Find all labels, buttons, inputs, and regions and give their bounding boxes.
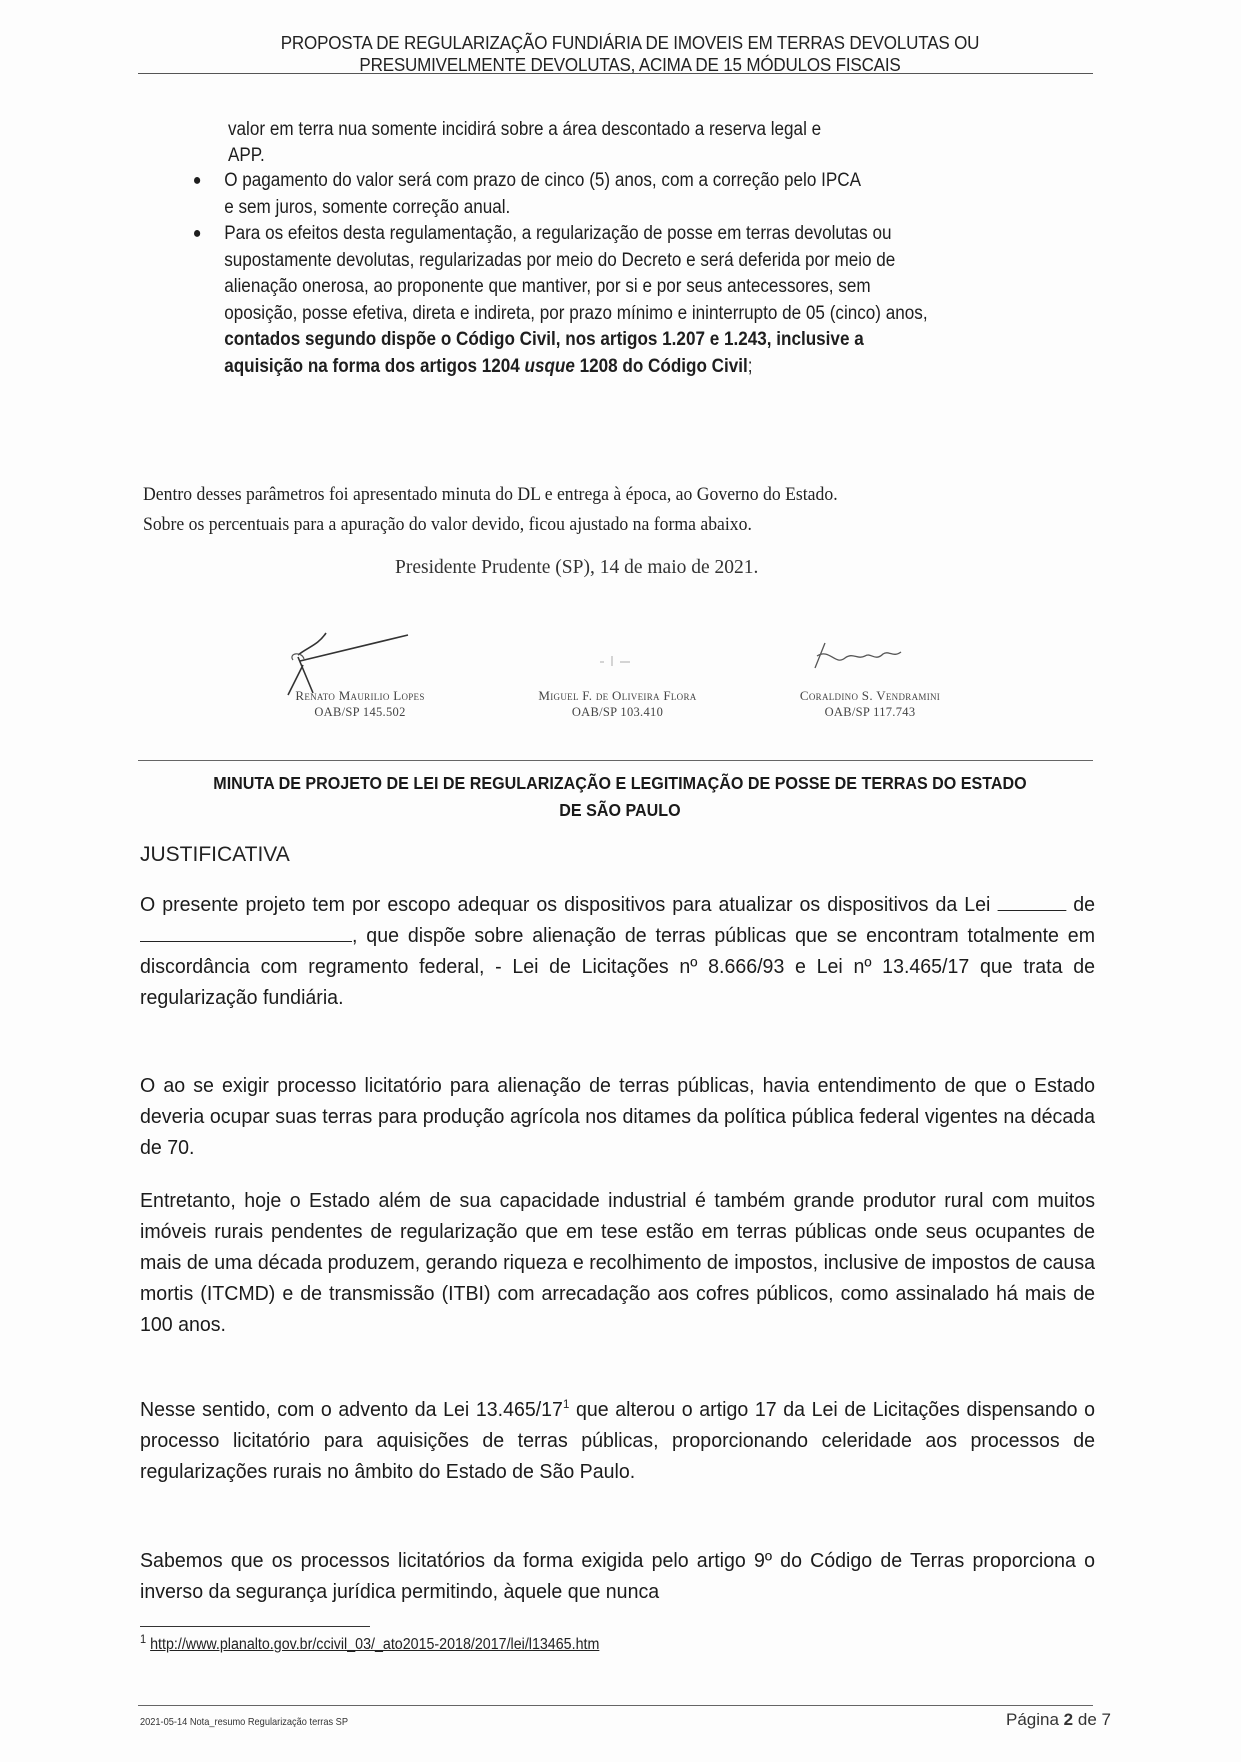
minuta-title: MINUTA DE PROJETO DE LEI DE REGULARIZAÇÃ… [178,770,1061,824]
summary-paragraph: Dentro desses parâmetros foi apresentado… [143,480,1036,540]
paragraph-3: Entretanto, hoje o Estado além de sua ca… [140,1185,1095,1340]
footnote-link[interactable]: http://www.planalto.gov.br/ccivil_03/_at… [150,1636,599,1653]
header-line-1: PROPOSTA DE REGULARIZAÇÃO FUNDIÁRIA DE I… [234,32,1025,54]
signature-2-scribble [590,650,650,670]
continued-line-2: APP. [228,143,1020,169]
signatory: Miguel F. de Oliveira Flora OAB/SP 103.4… [505,687,730,721]
signatory-oab: OAB/SP 103.410 [505,704,730,721]
justificativa-heading: JUSTIFICATIVA [140,843,290,867]
paragraph-2: O ao se exigir processo licitatório para… [140,1070,1095,1163]
bullet-end-punct: ; [748,356,753,377]
paragraph-5: Sabemos que os processos licitatórios da… [140,1545,1095,1607]
minuta-title-line-1: MINUTA DE PROJETO DE LEI DE REGULARIZAÇÃ… [178,770,1061,797]
header-divider [138,73,1093,74]
minuta-title-line-2: DE SÃO PAULO [178,797,1061,824]
signatory-name: Miguel F. de Oliveira Flora [505,687,730,704]
paragraph-1: O presente projeto tem por escopo adequa… [140,889,1095,1013]
footnote-divider [140,1626,370,1627]
summary-line-2: Sobre os percentuais para a apuração do … [143,510,1036,540]
bullet-item: ● O pagamento do valor será com prazo de… [190,168,872,221]
signatory-name: Coraldino S. Vendramini [755,687,985,704]
law-number-blank [997,892,1066,911]
signatory: Coraldino S. Vendramini OAB/SP 117.743 [755,687,985,721]
paragraph-4: Nesse sentido, com o advento da Lei 13.4… [140,1394,1095,1487]
summary-line-1: Dentro desses parâmetros foi apresentado… [143,480,1036,510]
section-divider [138,760,1093,761]
signature-3-scribble [805,638,925,678]
current-page: 2 [1064,1710,1073,1729]
total-pages: 7 [1102,1710,1111,1729]
page-number: Página 2 de 7 [1006,1710,1111,1730]
page-header: PROPOSTA DE REGULARIZAÇÃO FUNDIÁRIA DE I… [234,32,1025,76]
bullet-list: ● O pagamento do valor será com prazo de… [190,168,1000,380]
of-label: de [1078,1710,1097,1729]
continued-line-1: valor em terra nua somente incidirá sobr… [228,117,1020,143]
document-page: PROPOSTA DE REGULARIZAÇÃO FUNDIÁRIA DE I… [0,0,1241,1762]
bullet-icon: ● [193,168,202,195]
signatory-oab: OAB/SP 145.502 [265,704,455,721]
place-date: Presidente Prudente (SP), 14 de maio de … [395,557,758,579]
bullet-text: O pagamento do valor será com prazo de c… [224,170,860,218]
footnote-marker: 1 [140,1632,146,1646]
p1-text-a: O presente projeto tem por escopo adequa… [140,893,997,916]
bullet-text: Para os efeitos desta regulamentação, a … [224,223,927,324]
p4-text-a: Nesse sentido, com o advento da Lei 13.4… [140,1398,563,1421]
continued-bullet-text: valor em terra nua somente incidirá sobr… [228,117,1020,169]
footnote: 1 http://www.planalto.gov.br/ccivil_03/_… [140,1636,599,1654]
law-date-blank [140,923,352,942]
footer-filename: 2021-05-14 Nota_resumo Regularização ter… [140,1716,348,1728]
bullet-bold-text-end: 1208 do Código Civil [575,356,748,377]
signatory-oab: OAB/SP 117.743 [755,704,985,721]
bullet-item: ● Para os efeitos desta regulamentação, … [190,221,944,380]
p1-text-b: de [1066,893,1095,916]
bullet-icon: ● [193,221,202,248]
bullet-italic-text: usque [525,356,575,377]
page-label: Página [1006,1710,1059,1729]
footer-divider [138,1705,1093,1706]
signatory-name: Renato Maurilio Lopes [265,687,455,704]
signatory: Renato Maurilio Lopes OAB/SP 145.502 [265,687,455,721]
